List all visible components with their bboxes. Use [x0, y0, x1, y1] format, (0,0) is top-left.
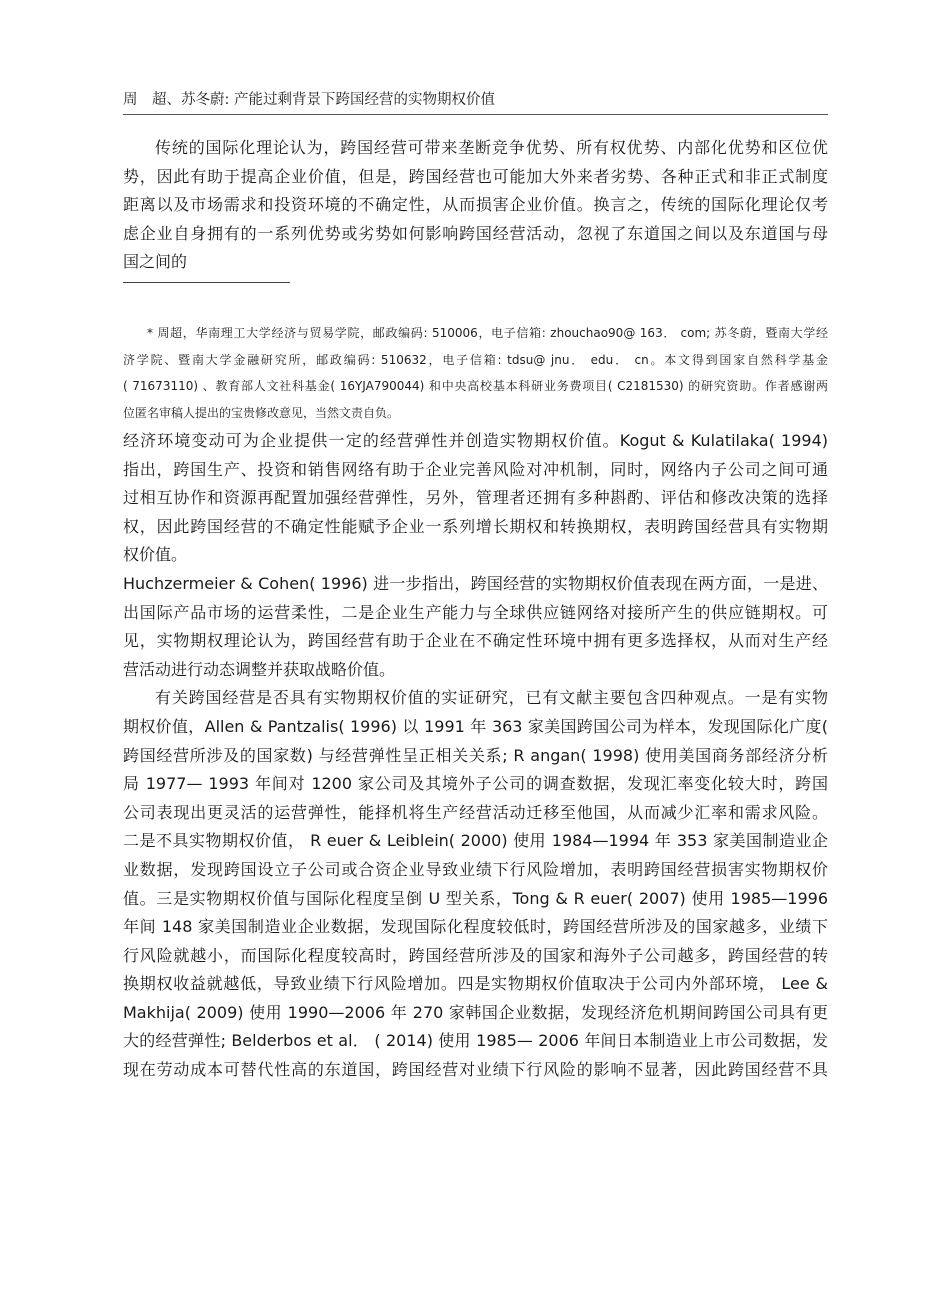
paragraph-line: 指出，跨国生产、投资和销售网络有助于企业完善风险对冲机制，同时，网络内子公司之间… — [123, 456, 828, 485]
paragraph-line: 局 1977— 1993 年间对 1200 家公司及其境外子公司的调查数据，发现… — [123, 770, 828, 799]
running-header: 周 超、苏冬蔚: 产能过剩背景下跨国经营的实物期权价值 — [123, 88, 495, 109]
paragraph-line: 距离以及市场需求和投资环境的不确定性，从而损害企业价值。换言之，传统的国际化理论… — [123, 191, 828, 220]
paragraph-empirical-review: 有关跨国经营是否具有实物期权价值的实证研究，已有文献主要包含四种观点。一是有实物… — [123, 684, 828, 1084]
paragraph-huchzermeier: Huchzermeier & Cohen( 1996) 进一步指出，跨国经营的实… — [123, 570, 828, 684]
paragraph-line: 国之间的 — [123, 248, 828, 277]
paragraph-line: 现在劳动成本可替代性高的东道国，跨国经营对业绩下行风险的影响不显著，因此跨国经营… — [123, 1056, 828, 1085]
paragraph-line: 经济环境变动可为企业提供一定的经营弹性并创造实物期权价值。Kogut & Kul… — [123, 427, 828, 456]
paragraph-line: 见，实物期权理论认为，跨国经营有助于企业在不确定性环境中拥有更多选择权，从而对生… — [123, 627, 828, 656]
paragraph-line: 有关跨国经营是否具有实物期权价值的实证研究，已有文献主要包含四种观点。一是有实物 — [123, 684, 828, 713]
paragraph-line: 权价值。 — [123, 541, 828, 570]
paragraph-line: 过相互协作和资源再配置加强经营弹性，另外，管理者还拥有多种斟酌、评估和修改决策的… — [123, 484, 828, 513]
paragraph-line: 传统的国际化理论认为，跨国经营可带来垄断竞争优势、所有权优势、内部化优势和区位优 — [123, 134, 828, 163]
footnote-line: 位匿名审稿人提出的宝贵修改意见，当然文责自负。 — [123, 400, 828, 427]
header-rule — [123, 114, 828, 115]
paragraph-line: 权，因此跨国经营的不确定性能赋予企业一系列增长期权和转换期权，表明跨国经营具有实… — [123, 513, 828, 542]
paragraph-line: 跨国经营所涉及的国家数) 与经营弹性呈正相关关系; R angan( 1998)… — [123, 742, 828, 771]
paragraph-line: 二是不具实物期权价值， R euer & Leiblein( 2000) 使用 … — [123, 827, 828, 856]
paragraph-line: 业数据，发现跨国设立子公司或合资企业导致业绩下行风险增加，表明跨国经营损害实物期… — [123, 856, 828, 885]
paragraph-line: 公司表现出更灵活的运营弹性，能择机将生产经营活动迁移至他国，从而减少汇率和需求风… — [123, 799, 828, 828]
paragraph-kogut: 经济环境变动可为企业提供一定的经营弹性并创造实物期权价值。Kogut & Kul… — [123, 427, 828, 570]
paragraph-line: 出国际产品市场的运营柔性，二是企业生产能力与全球供应链网络对接所产生的供应链期权… — [123, 599, 828, 628]
paragraph-line: 换期权收益就越低，导致业绩下行风险增加。四是实物期权价值取决于公司内外部环境， … — [123, 970, 828, 999]
paragraph-line: 期权价值，Allen & Pantzalis( 1996) 以 1991 年 3… — [123, 713, 828, 742]
footnote-line: ( 71673110) 、教育部人文社科基金( 16YJA790044) 和中央… — [123, 373, 828, 400]
paragraph-line: 值。三是实物期权价值与国际化程度呈倒 U 型关系，Tong & R euer( … — [123, 885, 828, 914]
author-footnote: * 周超，华南理工大学经济与贸易学院，邮政编码: 510006，电子信箱: zh… — [123, 320, 828, 426]
paragraph-line: 年间 148 家美国制造业企业数据，发现国际化程度较低时，跨国经营所涉及的国家越… — [123, 913, 828, 942]
footnote-rule — [123, 282, 290, 283]
paragraph-line: 虑企业自身拥有的一系列优势或劣势如何影响跨国经营活动，忽视了东道国之间以及东道国… — [123, 220, 828, 249]
paragraph-line: 营活动进行动态调整并获取战略价值。 — [123, 656, 828, 685]
intro-paragraph: 传统的国际化理论认为，跨国经营可带来垄断竞争优势、所有权优势、内部化优势和区位优… — [123, 134, 828, 277]
paragraph-line: Huchzermeier & Cohen( 1996) 进一步指出，跨国经营的实… — [123, 570, 828, 599]
paragraph-line: 行风险就越小，而国际化程度较高时，跨国经营所涉及的国家和海外子公司越多，跨国经营… — [123, 942, 828, 971]
footnote-line: 济学院、暨南大学金融研究所，邮政编码: 510632，电子信箱: tdsu@ j… — [123, 347, 828, 374]
paragraph-line: 大的经营弹性; Belderbos et al． ( 2014) 使用 1985… — [123, 1027, 828, 1056]
main-body: 经济环境变动可为企业提供一定的经营弹性并创造实物期权价值。Kogut & Kul… — [123, 427, 828, 1085]
paragraph-line: Makhija( 2009) 使用 1990—2006 年 270 家韩国企业数… — [123, 999, 828, 1028]
paragraph-line: 势，因此有助于提高企业价值，但是，跨国经营也可能加大外来者劣势、各种正式和非正式… — [123, 163, 828, 192]
footnote-line: * 周超，华南理工大学经济与贸易学院，邮政编码: 510006，电子信箱: zh… — [123, 320, 828, 347]
